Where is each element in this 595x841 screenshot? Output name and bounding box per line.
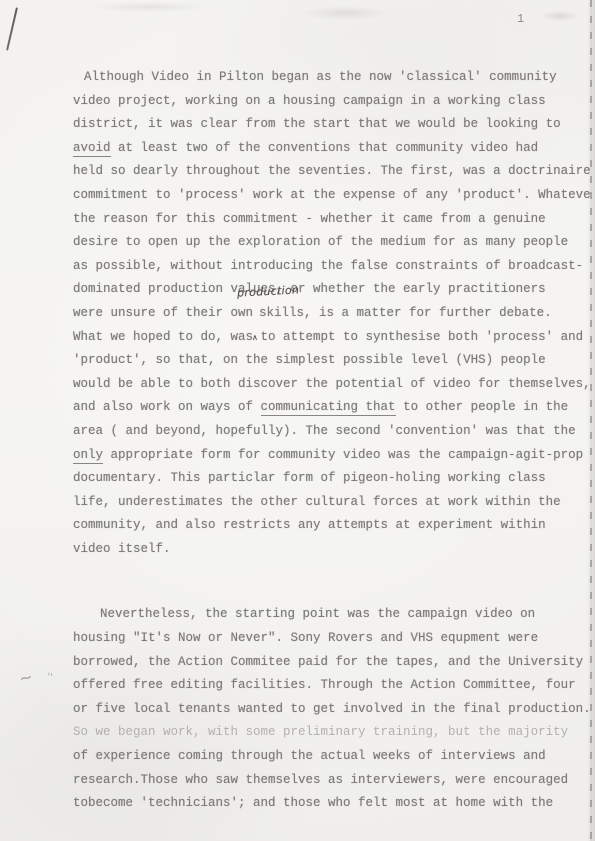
text-line: offered free editing facilities. Through… [73,674,594,698]
text-line: were unsure of their ownproduction∧skill… [73,302,594,326]
typed-text: district, it was clear from the start th… [73,117,561,131]
typed-text: What we hoped to do, was to attempt to s… [73,330,583,344]
text-line: community, and also restricts any attemp… [73,514,594,538]
typed-text: area ( and beyond, hopefully). The secon… [73,424,576,438]
typed-text: commitment to 'process' work at the expe… [73,188,591,202]
typed-text: or five local tenants wanted to get invo… [73,702,591,716]
typed-text: appropriate form for community video was… [103,448,583,462]
typed-text: documentary. This particlar form of pige… [73,471,546,485]
text-line: tobecome 'technicians'; and those who fe… [73,792,594,816]
text-line: documentary. This particlar form of pige… [73,467,594,491]
typed-text: as possible, without introducing the fal… [73,259,583,273]
text-line: commitment to 'process' work at the expe… [73,184,594,208]
pencil-tick-marks: '' [46,672,53,684]
underlined-text: only [73,448,103,464]
text-line: Although Video in Pilton began as the no… [73,66,594,90]
text-line: borrowed, the Action Commitee paid for t… [73,651,594,675]
typed-text: offered free editing facilities. Through… [73,678,576,692]
typed-text: borrowed, the Action Commitee paid for t… [73,655,583,669]
typed-text: held so dearly throughout the seventies.… [73,164,591,178]
underlined-text: avoid [73,141,111,157]
handwritten-word: production [236,279,299,306]
typed-text: 'product', so that, on the simplest poss… [73,353,546,367]
text-line: and also work on ways of communicating t… [73,396,594,420]
text-line: or five local tenants wanted to get invo… [73,698,594,722]
typed-text: life, underestimates the other cultural … [73,495,561,509]
text-line: the reason for this commitment - whether… [73,208,594,232]
typed-text: were unsure of their own [73,306,253,320]
text-line: would be able to both discover the poten… [73,373,594,397]
handwritten-insertion-point: production∧ [253,315,259,316]
typed-text: Although Video in Pilton began as the no… [84,70,557,84]
typed-text: So we began work, with some preliminary … [73,725,568,739]
typed-text: video itself. [73,542,171,556]
text-line: life, underestimates the other cultural … [73,491,594,515]
typed-text: the reason for this commitment - whether… [73,212,546,226]
text-line: dominated production values, or whether … [73,278,594,302]
typed-text: to other people in the [396,400,569,414]
typed-text: skills, is a matter for further debate. [259,306,552,320]
text-line: avoid at least two of the conventions th… [73,137,594,161]
typed-text: tobecome 'technicians'; and those who fe… [73,796,553,810]
typed-text: would be able to both discover the poten… [73,377,591,391]
text-line: housing "It's Now or Never". Sony Rovers… [73,627,594,651]
paragraph: Nevertheless, the starting point was the… [73,603,594,815]
typed-text: desire to open up the exploration of the… [73,235,568,249]
caret-icon: ∧ [252,326,258,350]
typed-text: housing "It's Now or Never". Sony Rovers… [73,631,538,645]
text-line: area ( and beyond, hopefully). The secon… [73,420,594,444]
text-line: district, it was clear from the start th… [73,113,594,137]
typed-text: and also work on ways of [73,400,261,414]
pencil-squiggle-mark: ~ [17,667,35,689]
typed-text: at least two of the conventions that com… [111,141,539,155]
text-line: of experience coming through the actual … [73,745,594,769]
text-line: video itself. [73,538,594,562]
typed-text: research.Those who saw themselves as int… [73,773,568,787]
page-number: 1 [517,12,524,26]
text-line: as possible, without introducing the fal… [73,255,594,279]
text-line: only appropriate form for community vide… [73,444,594,468]
text-line: desire to open up the exploration of the… [73,231,594,255]
scan-smudge [300,6,390,20]
paragraph: Although Video in Pilton began as the no… [73,66,594,561]
underlined-text: communicating that [261,400,396,416]
handwritten-slash-mark [6,7,18,50]
text-line: Nevertheless, the starting point was the… [73,603,594,627]
typed-text: video project, working on a housing camp… [73,94,546,108]
text-line: video project, working on a housing camp… [73,90,594,114]
text-line: held so dearly throughout the seventies.… [73,160,594,184]
page-edge-line [590,0,592,841]
text-line: research.Those who saw themselves as int… [73,769,594,793]
text-line: 'product', so that, on the simplest poss… [73,349,594,373]
scanned-page: 1 Although Video in Pilton began as the … [0,0,595,841]
typed-text: of experience coming through the actual … [73,749,546,763]
text-line: So we began work, with some preliminary … [73,721,594,745]
typed-text: Nevertheless, the starting point was the… [100,607,535,621]
text-line: What we hoped to do, was to attempt to s… [73,326,594,350]
typed-text: dominated production values, or whether … [73,282,546,296]
document-text: Although Video in Pilton began as the no… [73,66,594,816]
scan-smudge [90,2,210,12]
scan-smudge [540,10,580,22]
typed-text: community, and also restricts any attemp… [73,518,546,532]
